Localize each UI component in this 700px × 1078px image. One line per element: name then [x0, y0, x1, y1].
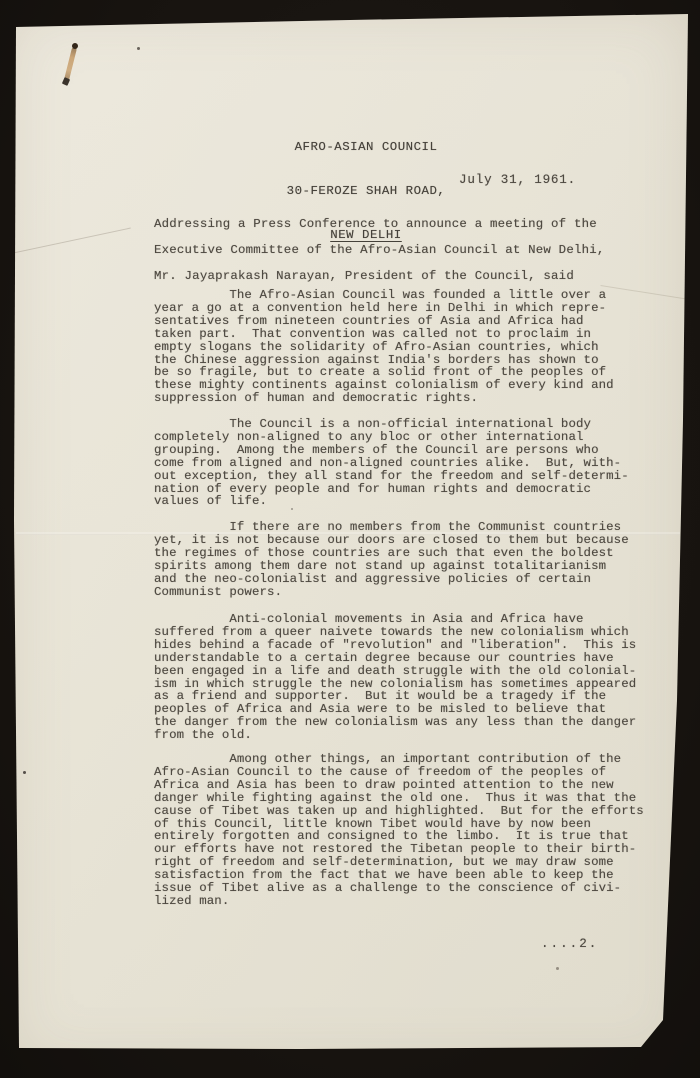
paragraph-anti-colonial: Anti-colonial movements in Asia and Afri… — [154, 613, 636, 742]
dust-speck — [556, 967, 559, 970]
staple-hole-bottom — [62, 77, 70, 86]
paper-crease-right — [600, 285, 689, 300]
intro-statement: Addressing a Press Conference to announc… — [154, 211, 605, 290]
dust-speck — [23, 771, 26, 774]
paper-page: AFRO-ASIAN COUNCIL 30-FEROZE SHAH ROAD, … — [0, 0, 700, 1078]
date-line: July 31, 1961. — [459, 173, 576, 187]
scanned-document-view: AFRO-ASIAN COUNCIL 30-FEROZE SHAH ROAD, … — [0, 0, 700, 1078]
letterhead-organization: AFRO-ASIAN COUNCIL — [166, 140, 566, 155]
paper-crease-top-left — [13, 228, 131, 254]
staple-hole-top — [72, 43, 78, 49]
dust-speck — [137, 47, 140, 50]
paragraph-communist-countries: If there are no members from the Communi… — [154, 521, 629, 598]
paragraph-tibet: Among other things, an important contrib… — [154, 753, 644, 908]
paragraph-founding: The Afro-Asian Council was founded a lit… — [154, 289, 614, 405]
page-continuation-marker: ....2. — [541, 937, 598, 951]
paragraph-non-aligned: The Council is a non-official internatio… — [154, 418, 629, 508]
staple-rust-stain — [64, 47, 77, 81]
